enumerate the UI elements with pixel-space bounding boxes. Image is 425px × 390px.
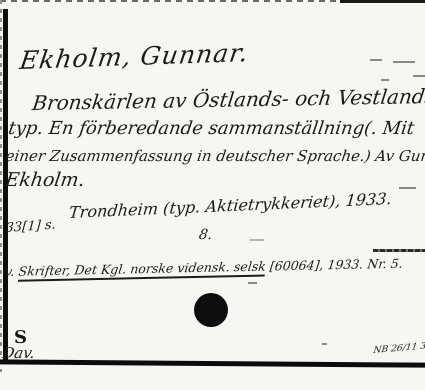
scan-artifact <box>370 59 382 61</box>
series-prefix: v. <box>4 264 19 279</box>
catalog-card: Ekholm, Gunnar. Bronskärlen av Östlands-… <box>0 0 425 390</box>
scan-artifact-line <box>373 249 425 252</box>
series-rest: [60064], 1933. Nr. 5. <box>265 256 404 274</box>
title-line-3: einer Zusammenfassung in deutscher Sprac… <box>4 147 425 165</box>
scan-left-dotted-edge <box>0 0 2 372</box>
punch-hole <box>194 293 228 327</box>
scan-top-edge-dark <box>340 0 425 3</box>
imprint-line: Trondheim (typ. Aktietrykkeriet), 1933. <box>68 189 392 222</box>
series-underlined: Skrifter, Det Kgl. norske vidensk. selsk <box>17 259 266 282</box>
title-line-2: typ. En förberedande sammanställning(. M… <box>7 118 416 139</box>
cataloguer-initials: Dav. <box>1 344 37 362</box>
author-heading: Ekholm, Gunnar. <box>18 38 251 75</box>
date-annotation: NB 26/11 34. <box>373 341 425 356</box>
scan-artifact <box>413 75 425 77</box>
scan-artifact <box>250 239 264 241</box>
scan-artifact <box>393 61 415 63</box>
collation-note: 33[1] s. <box>5 218 56 236</box>
scan-artifact <box>399 187 416 189</box>
scan-artifact <box>322 343 327 345</box>
scan-artifact <box>248 282 257 284</box>
format-note: 8. <box>198 227 214 243</box>
title-line-4: Ekholm. <box>4 169 86 191</box>
title-line-1: Bronskärlen av Östlands- och Vestlands <box>31 84 425 115</box>
scan-artifact <box>381 79 389 81</box>
scan-bottom-edge <box>0 359 425 367</box>
series-note: v. Skrifter, Det Kgl. norske vidensk. se… <box>4 256 404 279</box>
